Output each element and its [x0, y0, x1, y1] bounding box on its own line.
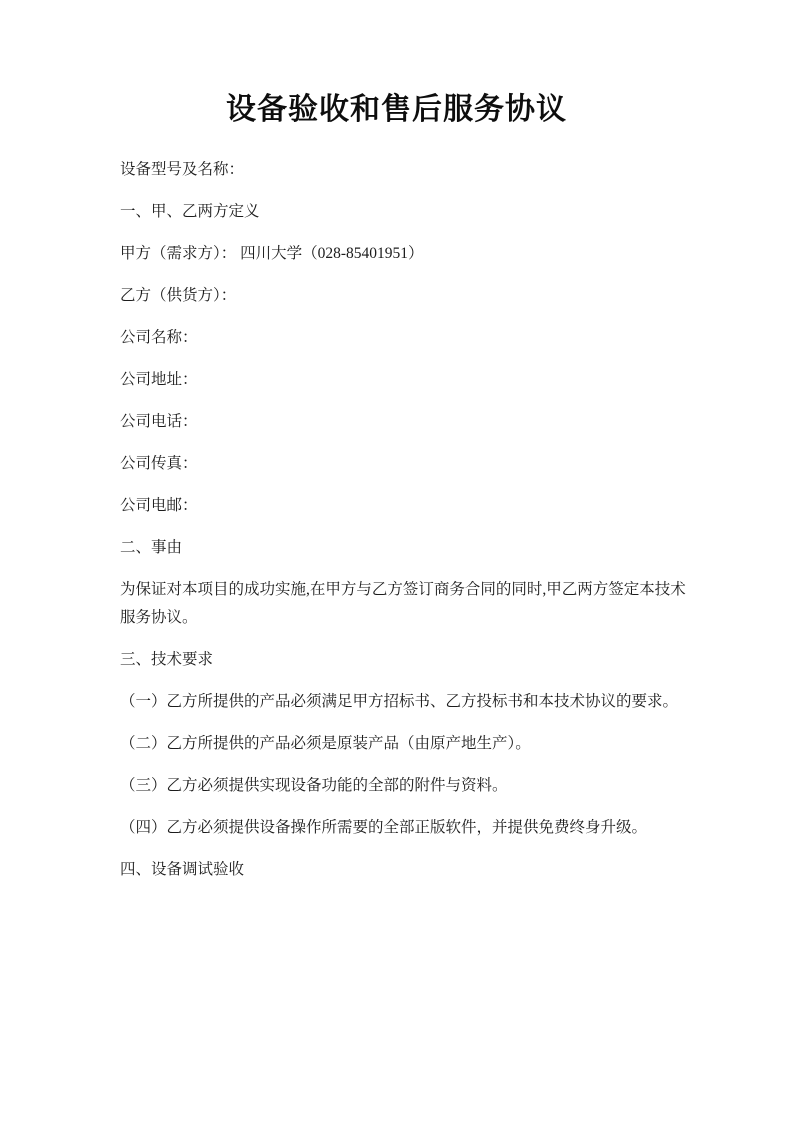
device-model-label: 设备型号及名称： [120, 156, 700, 184]
company-email-label: 公司电邮： [120, 492, 700, 520]
tech-requirement-item-1: （一）乙方所提供的产品必须满足甲方招标书、乙方投标书和本技术协议的要求。 [120, 688, 700, 716]
company-fax-label: 公司传真： [120, 450, 700, 478]
company-address-label: 公司地址： [120, 366, 700, 394]
document-page: 设备验收和售后服务协议 设备型号及名称： 一、甲、乙两方定义 甲方（需求方）： … [0, 0, 793, 1122]
tech-requirement-item-3: （三）乙方必须提供实现设备功能的全部的附件与资料。 [120, 772, 700, 800]
party-a-line: 甲方（需求方）： 四川大学（028-85401951） [120, 240, 700, 268]
company-name-label: 公司名称： [120, 324, 700, 352]
party-b-line: 乙方（供货方）： [120, 282, 700, 310]
section-2-body: 为保证对本项目的成功实施,在甲方与乙方签订商务合同的同时,甲乙两方签定本技术服务… [120, 576, 700, 632]
document-body: 设备型号及名称： 一、甲、乙两方定义 甲方（需求方）： 四川大学（028-854… [120, 156, 700, 884]
company-phone-label: 公司电话： [120, 408, 700, 436]
tech-requirement-item-2: （二）乙方所提供的产品必须是原装产品（由原产地生产）。 [120, 730, 700, 758]
section-1-heading: 一、甲、乙两方定义 [120, 198, 700, 226]
section-2-heading: 二、事由 [120, 534, 700, 562]
section-4-heading: 四、设备调试验收 [120, 856, 700, 884]
document-title: 设备验收和售后服务协议 [0, 90, 793, 130]
tech-requirement-item-4: （四）乙方必须提供设备操作所需要的全部正版软件，并提供免费终身升级。 [120, 814, 700, 842]
section-3-heading: 三、技术要求 [120, 646, 700, 674]
